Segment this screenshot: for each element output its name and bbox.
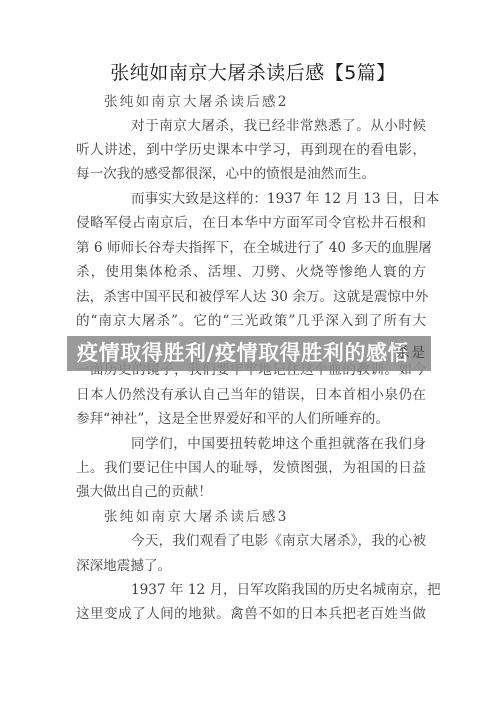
paragraph-line: 参拜“神社”，这是全世界爱好和平的人们所唾弃的。 xyxy=(76,410,426,428)
paragraph-line: 每一次我的感受都很深，心中的愤恨是油然而生。 xyxy=(76,165,426,183)
section-heading: 张纯如南京大屠杀读后感3 xyxy=(104,508,289,526)
caption-overlay: 疫情取得胜利/疫情取得胜利的感悟 杀是 xyxy=(67,336,431,371)
paragraph-line: 强大做出自己的贡献！ xyxy=(76,483,426,501)
paragraph-line: 这里变成了人间的地狱。禽兽不如的日本兵把老百姓当做 xyxy=(76,605,426,623)
obscured-text-tail: 杀是 xyxy=(396,336,427,371)
paragraph-line: 同学们，中国要扭转乾坤这个重担就落在我们身 xyxy=(131,435,426,453)
paragraph-line: 1937 年 12 月，日军攻陷我国的历史名城南京，把 xyxy=(131,581,426,599)
paragraph-line: 上。我们要记住中国人的耻辱，发愤图强，为祖国的日益 xyxy=(76,459,426,477)
paragraph-line: 今天，我们观看了电影《南京大屠杀》，我的心被 xyxy=(131,532,426,550)
paragraph-line: 杀，使用集体枪杀、活埋、刀劈、火烧等惨绝人寰的方 xyxy=(76,263,426,281)
paragraph-line: 日本人仍然没有承认自己当年的错误，日本首相小泉仍在 xyxy=(76,386,426,404)
paragraph-line: 听人讲述，到中学历史课本中学习，再到现在的看电影， xyxy=(76,141,426,159)
section-heading: 张纯如南京大屠杀读后感2 xyxy=(104,93,289,111)
paragraph-line: 而事实大致是这样的：1937 年 12 月 13 日，日本 xyxy=(131,190,426,208)
document-page: 张纯如南京大屠杀读后感【5篇】 张纯如南京大屠杀读后感2 对于南京大屠杀，我已经… xyxy=(0,0,500,706)
paragraph-line: 的“南京大屠杀”。它的“三光政策”几乎深入到了所有大 xyxy=(76,312,426,330)
paragraph-line: 法，杀害中国平民和被俘军人达 30 余万。这就是震惊中外 xyxy=(76,288,426,306)
paragraph-line: 对于南京大屠杀，我已经非常熟悉了。从小时候 xyxy=(131,117,426,135)
paragraph-line: 深深地震撼了。 xyxy=(76,557,426,575)
paragraph-line: 第 6 师师长谷寿夫指挥下，在全城进行了 40 多天的血腥屠 xyxy=(76,239,426,257)
paragraph-line: 侵略军侵占南京后，在日本华中方面军司令官松井石根和 xyxy=(76,214,426,232)
overlay-caption: 疫情取得胜利/疫情取得胜利的感悟 xyxy=(77,336,409,371)
document-title: 张纯如南京大屠杀读后感【5篇】 xyxy=(0,61,500,85)
